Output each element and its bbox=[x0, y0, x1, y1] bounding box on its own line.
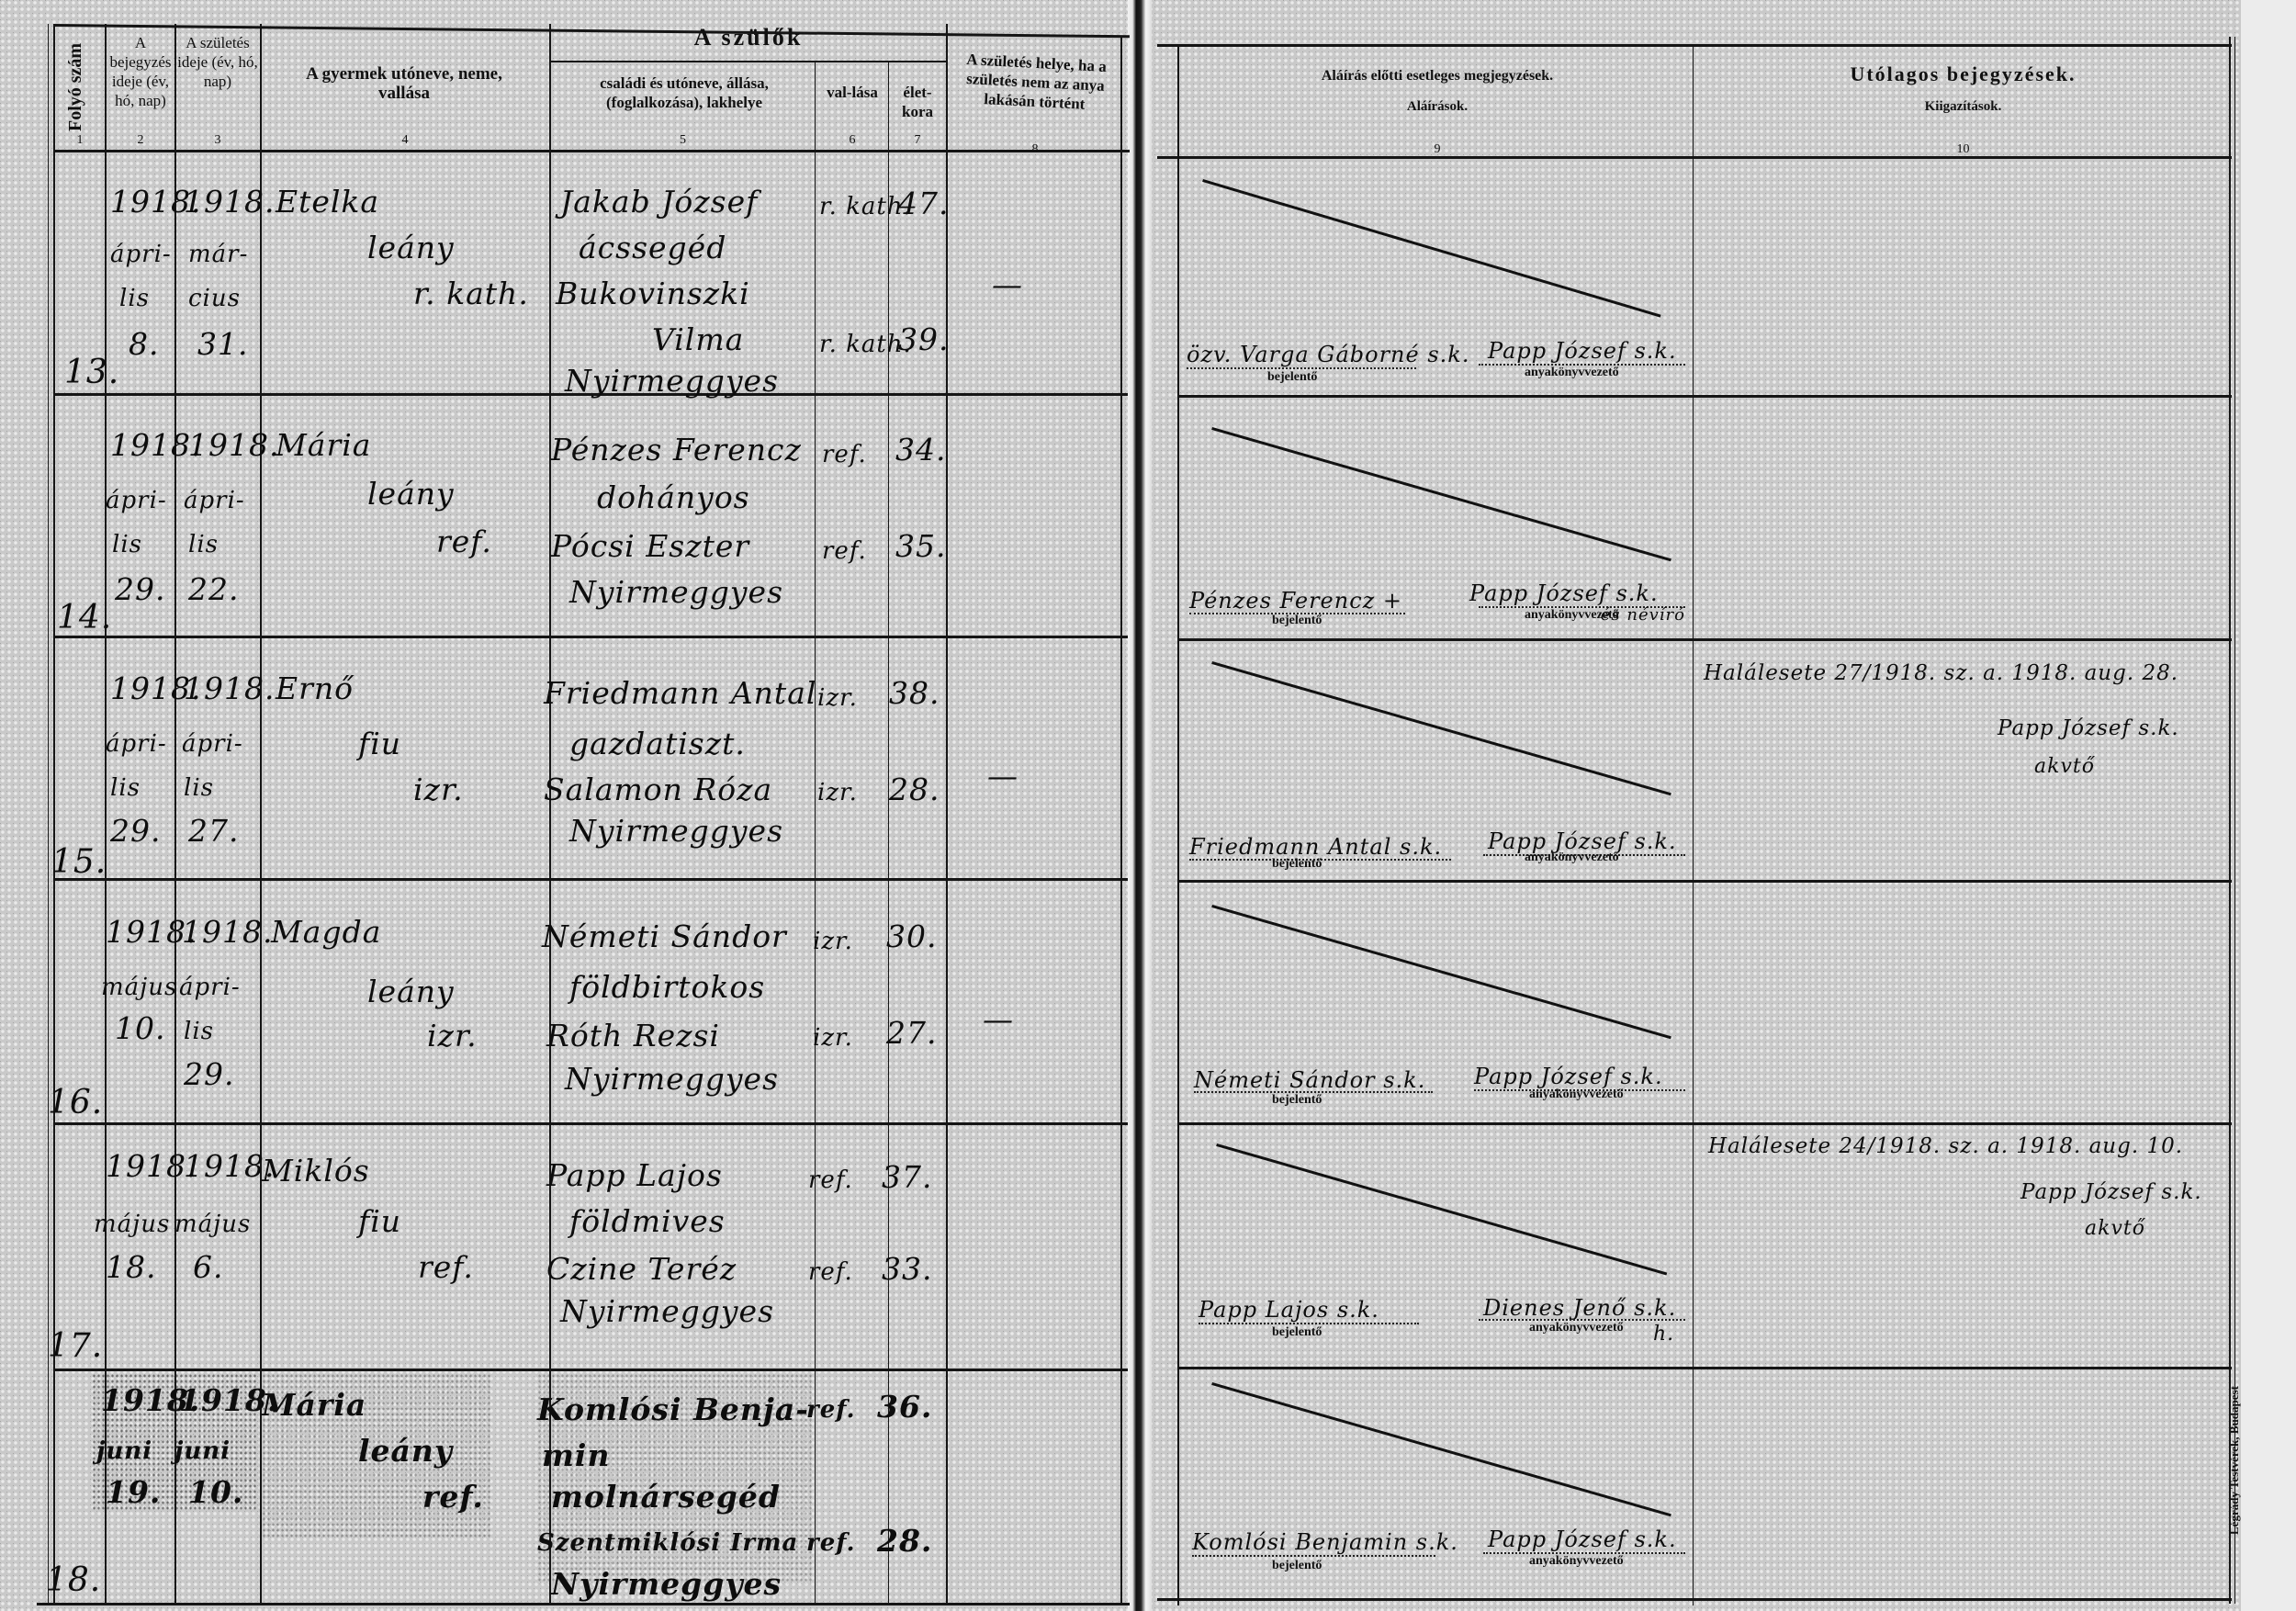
residence: Nyirmeggyes bbox=[551, 1566, 782, 1602]
birth-month-cont: lis bbox=[184, 774, 214, 802]
signature-line bbox=[1192, 1555, 1435, 1557]
column-number: 9 bbox=[1185, 142, 1690, 157]
registration-month: május bbox=[101, 974, 177, 1001]
row-divider bbox=[53, 878, 1128, 881]
child-name: Miklós bbox=[262, 1153, 370, 1189]
child-sex: leány bbox=[358, 1433, 453, 1469]
registrar-note: és névíró bbox=[1598, 606, 1685, 625]
father-religion: ref. bbox=[808, 1166, 853, 1194]
registrar-label: anyakönyvvezető bbox=[1529, 1321, 1624, 1335]
mother-name: Salamon Róza bbox=[544, 772, 772, 807]
mother-age: 35. bbox=[895, 528, 946, 564]
reporter-label: bejelentő bbox=[1272, 857, 1322, 872]
header-remarks: Aláírás előtti esetleges megjegyzések. bbox=[1185, 66, 1690, 85]
reporter-label: bejelentő bbox=[1267, 370, 1317, 385]
child-sex: leány bbox=[367, 974, 455, 1009]
child-religion: izr. bbox=[413, 772, 464, 807]
mother-name: Czine Teréz bbox=[546, 1251, 737, 1287]
registration-month: ápri- bbox=[110, 241, 172, 268]
table-bottom-border bbox=[1157, 1598, 2232, 1601]
page-margin bbox=[2241, 0, 2296, 1611]
birth-day: 22. bbox=[188, 571, 239, 607]
registrar-signature: Papp József s.k. bbox=[1474, 1064, 1663, 1089]
col-divider bbox=[888, 62, 889, 1604]
mother-name: Szentmiklósi Irma bbox=[537, 1529, 798, 1557]
death-record-note: Halálesete 27/1918. sz. a. 1918. aug. 28… bbox=[1704, 661, 2178, 685]
header-registration-date: A bejegyzés ideje (év, hó, nap) bbox=[107, 33, 174, 110]
death-record-note: Halálesete 24/1918. sz. a. 1918. aug. 10… bbox=[1708, 1134, 2183, 1158]
printer-mark: Légrády Testvérek, Budapest bbox=[2227, 1359, 2242, 1561]
col-divider bbox=[260, 24, 262, 1604]
child-religion: r. kath. bbox=[413, 276, 529, 311]
child-name: Mária bbox=[276, 427, 371, 463]
mother-age: 33. bbox=[882, 1251, 932, 1287]
father-name: Friedmann Antal bbox=[544, 675, 816, 711]
registration-month-cont: lis bbox=[110, 774, 141, 802]
row-divider bbox=[53, 636, 1128, 638]
child-religion: izr. bbox=[427, 1018, 478, 1053]
row-divider bbox=[1177, 1367, 2232, 1369]
header-signatures: Aláírások. bbox=[1185, 97, 1690, 117]
mother-name: Pócsi Eszter bbox=[551, 528, 749, 564]
registration-day: 10. bbox=[115, 1010, 165, 1046]
column-number: 3 bbox=[176, 133, 259, 148]
row-divider bbox=[53, 1122, 1128, 1125]
father-religion: izr. bbox=[817, 684, 858, 712]
serial-number: 15. bbox=[51, 843, 107, 881]
registrar-title: akvtő bbox=[2034, 755, 2095, 778]
father-occupation: földbirtokos bbox=[569, 969, 765, 1005]
mother-age: 39. bbox=[898, 321, 949, 357]
birth-month: ápri- bbox=[179, 974, 241, 1001]
registration-day: 29. bbox=[115, 571, 165, 607]
registrar-signature: Papp József s.k. bbox=[1998, 716, 2179, 740]
serial-number: 18. bbox=[46, 1561, 101, 1599]
mother-religion: ref. bbox=[808, 1258, 853, 1286]
col-divider bbox=[1693, 44, 1694, 1605]
column-number: 10 bbox=[1699, 142, 2227, 157]
row-divider bbox=[1177, 880, 2232, 883]
signature-line bbox=[1187, 367, 1416, 369]
child-sex: leány bbox=[367, 230, 455, 265]
birth-month-cont: cius bbox=[188, 285, 241, 312]
registration-month: május bbox=[94, 1211, 170, 1238]
header-serial-number: Folyó szám bbox=[66, 37, 85, 138]
father-age: 47. bbox=[898, 186, 949, 221]
registrar-signature: Dienes Jenő s.k. bbox=[1483, 1295, 1676, 1321]
row-divider bbox=[53, 1369, 1128, 1371]
column-number: 6 bbox=[816, 133, 888, 148]
birth-month-cont: lis bbox=[188, 531, 219, 558]
table-left-border-outer bbox=[48, 24, 49, 1604]
col-divider bbox=[946, 24, 948, 1604]
child-name: Ernő bbox=[276, 670, 354, 706]
birthplace: — bbox=[992, 266, 1023, 302]
column-number: 1 bbox=[55, 133, 105, 148]
child-religion: ref. bbox=[418, 1249, 474, 1285]
father-occupation: dohányos bbox=[597, 479, 750, 515]
birthplace: — bbox=[983, 1001, 1014, 1037]
col-divider bbox=[815, 62, 816, 1604]
reporter-label: bejelentő bbox=[1272, 1559, 1322, 1573]
col-divider bbox=[549, 24, 551, 1604]
row-divider bbox=[1177, 638, 2232, 641]
residence: Nyirmeggyes bbox=[569, 813, 783, 849]
child-sex: leány bbox=[367, 476, 455, 512]
registration-month-cont: lis bbox=[119, 285, 150, 312]
father-occupation: molnársegéd bbox=[551, 1479, 781, 1515]
mother-religion: izr. bbox=[813, 1024, 853, 1052]
reporter-signature: Papp Lajos s.k. bbox=[1199, 1297, 1379, 1323]
father-age: 30. bbox=[886, 918, 937, 954]
header-child: A gyermek utóneve, neme, vallása bbox=[303, 64, 505, 103]
column-number: 7 bbox=[890, 133, 945, 148]
registrar-note: h. bbox=[1653, 1323, 1674, 1346]
birth-day: 6. bbox=[193, 1249, 224, 1285]
table-bottom-border bbox=[37, 1603, 1130, 1605]
registration-day: 18. bbox=[106, 1249, 156, 1285]
registration-day: 19. bbox=[106, 1474, 161, 1510]
child-name: Magda bbox=[271, 914, 381, 950]
birth-year: 1918. bbox=[184, 184, 275, 220]
registration-month: ápri- bbox=[106, 487, 167, 514]
child-religion: ref. bbox=[436, 524, 492, 559]
father-religion: ref. bbox=[822, 441, 867, 468]
registrar-label: anyakönyvvezető bbox=[1529, 1554, 1624, 1569]
child-religion: ref. bbox=[422, 1479, 484, 1515]
birth-month: már- bbox=[188, 241, 248, 268]
father-name: Komlósi Benja- bbox=[537, 1391, 809, 1427]
birth-day: 10. bbox=[188, 1474, 243, 1510]
birth-month: ápri- bbox=[184, 487, 245, 514]
table-left-border bbox=[53, 24, 55, 1604]
row-divider bbox=[1177, 1122, 2232, 1125]
mother-age: 28. bbox=[889, 772, 940, 807]
mother-name: Róth Rezsi bbox=[546, 1018, 720, 1053]
father-age: 36. bbox=[877, 1389, 932, 1425]
reporter-signature: özv. Varga Gáborné s.k. bbox=[1187, 342, 1469, 367]
registration-day: 8. bbox=[129, 326, 160, 362]
serial-number: 13. bbox=[64, 354, 119, 391]
father-religion: izr. bbox=[813, 928, 853, 955]
father-age: 37. bbox=[882, 1159, 932, 1195]
birth-day: 31. bbox=[197, 326, 248, 362]
reporter-signature: Pénzes Ferencz + bbox=[1189, 588, 1402, 614]
registrar-label: anyakönyvvezető bbox=[1529, 1087, 1624, 1102]
mother-religion: ref. bbox=[806, 1529, 856, 1557]
father-name: Jakab József bbox=[560, 184, 758, 220]
residence: Nyirmeggyes bbox=[565, 1061, 779, 1097]
mother-surname: Bukovinszki bbox=[556, 276, 750, 311]
serial-number: 17. bbox=[48, 1327, 103, 1365]
residence: Nyirmeggyes bbox=[565, 363, 779, 399]
book-spine bbox=[1128, 0, 1152, 1611]
child-sex: fiu bbox=[358, 726, 401, 761]
birth-month: május bbox=[174, 1211, 251, 1238]
table-top-border bbox=[1157, 44, 2232, 47]
col-divider bbox=[105, 24, 107, 1604]
birth-year: 1918. bbox=[182, 914, 273, 950]
mother-given-name: Vilma bbox=[652, 321, 744, 357]
header-later-entries: Utólagos bejegyzések. bbox=[1699, 64, 2227, 84]
father-occupation: ácssegéd bbox=[579, 230, 726, 265]
registrar-signature: Papp József s.k. bbox=[1469, 580, 1659, 606]
serial-number: 16. bbox=[48, 1084, 103, 1121]
signature-line bbox=[1199, 1323, 1419, 1324]
registrar-label: anyakönyvvezető bbox=[1525, 366, 1619, 380]
header-birthplace: A születés helye, ha a születés nem az a… bbox=[953, 49, 1117, 115]
table-left-border bbox=[1177, 44, 1179, 1605]
mother-religion: izr. bbox=[817, 779, 858, 806]
registration-month: juni bbox=[96, 1437, 152, 1465]
parents-group-divider bbox=[549, 61, 946, 62]
row-divider bbox=[1177, 395, 2232, 398]
header-parents-group: A szülők bbox=[551, 28, 946, 47]
birth-year: 1918. bbox=[184, 670, 275, 706]
father-occupation: földmives bbox=[569, 1203, 726, 1239]
birth-month: juni bbox=[174, 1437, 231, 1465]
mother-age: 27. bbox=[886, 1015, 937, 1051]
registrar-label: anyakönyvvezető bbox=[1525, 851, 1619, 865]
father-name: Pénzes Ferencz bbox=[551, 432, 802, 468]
column-number: 2 bbox=[107, 133, 174, 148]
registrar-signature: Papp József s.k. bbox=[2020, 1180, 2202, 1204]
father-age: 38. bbox=[889, 675, 940, 711]
col-divider bbox=[174, 24, 176, 1604]
father-name-cont: min bbox=[542, 1437, 610, 1473]
registration-month-cont: lis bbox=[112, 531, 142, 558]
birth-day: 27. bbox=[188, 813, 239, 849]
column-number: 4 bbox=[262, 133, 548, 148]
registration-day: 29. bbox=[110, 813, 161, 849]
reporter-signature: Komlósi Benjamin s.k. bbox=[1192, 1529, 1458, 1555]
birth-month-cont: lis bbox=[184, 1018, 214, 1045]
father-name: Németi Sándor bbox=[542, 918, 787, 954]
registrar-signature: Papp József s.k. bbox=[1488, 338, 1677, 364]
registration-month: ápri- bbox=[106, 730, 167, 758]
header-parent-name: családi és utóneve, állása, (foglalkozás… bbox=[569, 73, 799, 112]
header-corrections: Kiigazítások. bbox=[1699, 97, 2227, 117]
child-sex: fiu bbox=[358, 1203, 401, 1239]
residence: Nyirmeggyes bbox=[569, 574, 783, 610]
header-age: élet-kora bbox=[890, 83, 945, 121]
serial-number: 14. bbox=[57, 599, 112, 637]
child-name: Mária bbox=[262, 1387, 366, 1423]
reporter-label: bejelentő bbox=[1272, 1093, 1322, 1108]
child-name: Etelka bbox=[276, 184, 379, 220]
column-number: 8 bbox=[948, 142, 1122, 157]
registrar-title: akvtő bbox=[2085, 1217, 2145, 1240]
mother-age: 28. bbox=[877, 1523, 932, 1559]
birth-year: 1918. bbox=[188, 427, 279, 463]
father-occupation: gazdatiszt. bbox=[569, 726, 746, 761]
reporter-signature: Friedmann Antal s.k. bbox=[1189, 834, 1442, 860]
column-number: 5 bbox=[551, 133, 815, 148]
birthplace: — bbox=[987, 758, 1019, 794]
father-name: Papp Lajos bbox=[546, 1157, 723, 1193]
reporter-label: bejelentő bbox=[1272, 1325, 1322, 1340]
residence: Nyirmeggyes bbox=[560, 1293, 774, 1329]
registrar-signature: Papp József s.k. bbox=[1488, 1527, 1677, 1552]
father-religion: ref. bbox=[806, 1396, 856, 1424]
birth-day: 29. bbox=[184, 1056, 234, 1092]
header-birth-date: A születés ideje (év, hó, nap) bbox=[176, 33, 259, 91]
reporter-signature: Németi Sándor s.k. bbox=[1194, 1067, 1425, 1093]
mother-religion: ref. bbox=[822, 537, 867, 565]
reporter-label: bejelentő bbox=[1272, 614, 1322, 628]
header-religion: val-lása bbox=[816, 83, 888, 102]
father-age: 34. bbox=[895, 432, 946, 468]
birth-month: ápri- bbox=[182, 730, 243, 758]
